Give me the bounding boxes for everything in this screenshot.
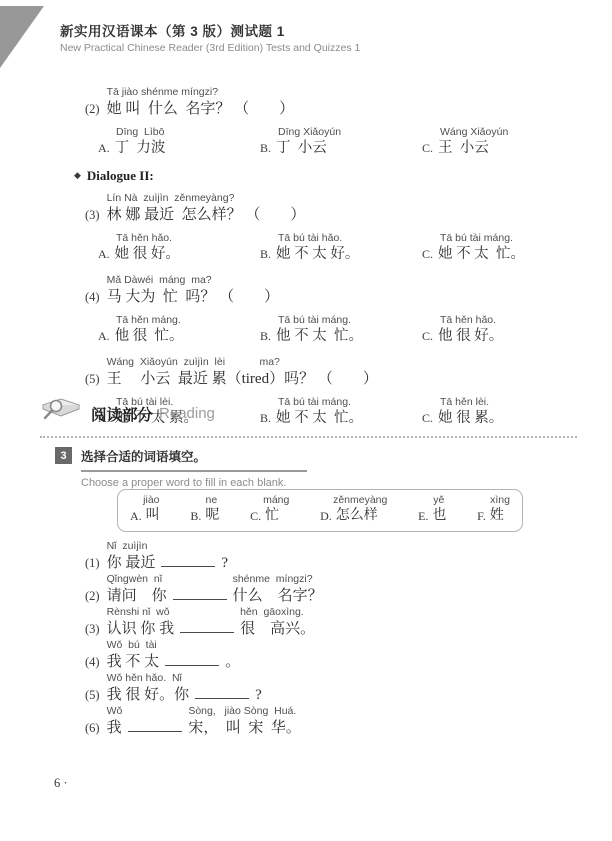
option-pinyin: Tā hěn hǎo. bbox=[440, 314, 584, 327]
fill-question-2: (2) Qǐngwèn nǐ请问 你 shénme míngzi?什么 名字？ bbox=[85, 573, 323, 606]
question-pinyin-after-blank: shénme míngzi? bbox=[233, 573, 323, 586]
option-hanzi: 他 不 太 忙。 bbox=[276, 327, 363, 346]
word-hanzi: 呢 bbox=[205, 507, 219, 525]
exercise-title-chinese: 选择合适的词语填空。 bbox=[81, 450, 206, 464]
option-b: Dīng Xiǎoyún B.丁 小云 bbox=[260, 126, 422, 158]
question-number: (2) bbox=[85, 586, 100, 606]
question-hanzi: 我 很 好。你 bbox=[107, 685, 190, 705]
word-label: B. bbox=[190, 507, 201, 525]
word-hanzi: 叫 bbox=[146, 507, 160, 525]
word-pinyin: máng bbox=[250, 494, 289, 507]
book-title-english: New Practical Chinese Reader (3rd Editio… bbox=[60, 42, 360, 54]
fill-question-4: (4) Wǒ bú tài我 不 太 。 bbox=[85, 639, 323, 672]
option-label: B. bbox=[260, 245, 271, 264]
question-number: (4) bbox=[85, 652, 100, 672]
option-label: C. bbox=[422, 139, 433, 158]
question-number: (3) bbox=[85, 205, 100, 225]
option-label: A. bbox=[98, 245, 110, 264]
answer-blank bbox=[180, 617, 234, 633]
option-label: A. bbox=[98, 327, 110, 346]
option-hanzi: 她 很 好。 bbox=[115, 245, 180, 264]
option-pinyin: Dīng Xiǎoyún bbox=[278, 126, 422, 139]
question-hanzi-after-blank: ? bbox=[221, 553, 228, 573]
fill-in-blank-questions: (1) Nǐ zuìjìn你 最近 ? (2) Qǐngwèn nǐ请问 你 s… bbox=[85, 540, 323, 738]
word-bank-item-e: yě E.也 bbox=[418, 494, 446, 525]
question-number: (2) bbox=[85, 99, 100, 119]
question-hanzi-after-blank: 宋， 叫 宋 华。 bbox=[188, 718, 301, 738]
question-hanzi-after-blank: 什么 名字？ bbox=[233, 586, 323, 606]
option-label: C. bbox=[422, 327, 433, 346]
word-label: C. bbox=[250, 507, 261, 525]
option-pinyin: Tā bú tài máng. bbox=[440, 232, 584, 245]
word-bank-item-f: xìng F.姓 bbox=[477, 494, 510, 525]
word-pinyin: yě bbox=[418, 494, 446, 507]
option-hanzi: 他 很 好。 bbox=[438, 327, 503, 346]
option-a: Tā hěn hǎo. A.她 很 好。 bbox=[98, 232, 260, 264]
word-bank-box: jiào A.叫 ne B.呢 máng C.忙 zěnmeyàng D.怎么样… bbox=[117, 489, 523, 532]
option-c: Wáng Xiǎoyún C.王 小云 bbox=[422, 126, 584, 158]
word-pinyin: ne bbox=[190, 494, 219, 507]
question-2: (2) Tā jiào shénme míngzi? 她 叫 什么 名字？ （ … bbox=[85, 86, 585, 158]
answer-blank bbox=[128, 716, 182, 732]
question-hanzi: 认识 你 我 bbox=[107, 619, 175, 639]
page-header: 新实用汉语课本（第 3 版）测试题 1 New Practical Chines… bbox=[60, 24, 360, 54]
exercise-number-badge: 3 bbox=[55, 447, 72, 464]
option-label: B. bbox=[260, 327, 271, 346]
question-pinyin: Wǒ bú tài bbox=[107, 639, 160, 652]
option-pinyin: Tā bú tài hǎo. bbox=[278, 232, 422, 245]
book-magnifier-icon bbox=[40, 396, 82, 431]
option-pinyin: Dīng Lìbō bbox=[116, 126, 260, 139]
exercise-title-english: Choose a proper word to fill in each bla… bbox=[81, 477, 307, 489]
question-hanzi: 王 小云 最近 累（tired）吗？ （ ） bbox=[107, 369, 378, 389]
question-number: (6) bbox=[85, 718, 100, 738]
word-bank-item-d: zěnmeyàng D.怎么样 bbox=[320, 494, 387, 525]
option-pinyin: Tā bú tài máng. bbox=[278, 314, 422, 327]
word-hanzi: 也 bbox=[432, 507, 446, 525]
option-pinyin: Tā hěn máng. bbox=[116, 314, 260, 327]
option-c: Tā bú tài máng. C.她 不 太 忙。 bbox=[422, 232, 584, 264]
option-hanzi: 她 不 太 忙。 bbox=[438, 245, 525, 264]
word-hanzi: 怎么样 bbox=[336, 507, 378, 525]
question-number: (4) bbox=[85, 287, 100, 307]
reading-title-english: Reading bbox=[159, 405, 215, 422]
question-hanzi: 我 不 太 bbox=[107, 652, 160, 672]
question-number: (3) bbox=[85, 619, 100, 639]
exercise-3-heading: 3 选择合适的词语填空。 Choose a proper word to fil… bbox=[55, 447, 307, 489]
word-label: A. bbox=[130, 507, 142, 525]
question-pinyin-after-blank: hěn gāoxìng. bbox=[240, 606, 315, 619]
question-pinyin: Wǒ hěn hǎo. Nǐ bbox=[107, 672, 190, 685]
question-hanzi: 你 最近 bbox=[107, 553, 156, 573]
question-pinyin: Qǐngwèn nǐ bbox=[107, 573, 167, 586]
option-hanzi: 丁 力波 bbox=[115, 139, 166, 158]
question-pinyin: Tā jiào shénme míngzi? bbox=[107, 86, 295, 99]
question-pinyin-after-blank bbox=[225, 639, 240, 652]
question-number: (5) bbox=[85, 685, 100, 705]
reading-section-banner: 阅读部分 Reading bbox=[40, 396, 577, 438]
answer-options: Tā hěn máng. A.他 很 忙。 Tā bú tài máng. B.… bbox=[98, 314, 585, 346]
question-pinyin: Rènshi nǐ wǒ bbox=[107, 606, 175, 619]
dialogue-2-label: Dialogue II: bbox=[87, 168, 154, 184]
fill-question-3: (3) Rènshi nǐ wǒ认识 你 我 hěn gāoxìng.很 高兴。 bbox=[85, 606, 323, 639]
question-pinyin: Mǎ Dàwéi máng ma? bbox=[107, 274, 280, 287]
answer-options: Dīng Lìbō A.丁 力波 Dīng Xiǎoyún B.丁 小云 Wán… bbox=[98, 126, 585, 158]
question-number: (5) bbox=[85, 369, 100, 389]
question-3: (3) Lín Nà zuìjìn zěnmeyàng? 林 娜 最近 怎么样？… bbox=[85, 192, 585, 264]
reading-title-chinese: 阅读部分 bbox=[91, 403, 153, 425]
dialogue-2-heading: ◆ Dialogue II: bbox=[74, 168, 585, 184]
option-pinyin: Tā hěn hǎo. bbox=[116, 232, 260, 245]
page-number: 6 · bbox=[54, 776, 68, 791]
word-bank-item-c: máng C.忙 bbox=[250, 494, 289, 525]
question-pinyin-after-blank: Sòng, jiào Sòng Huá. bbox=[188, 705, 301, 718]
word-label: E. bbox=[418, 507, 428, 525]
word-pinyin: zěnmeyàng bbox=[320, 494, 387, 507]
answer-blank bbox=[161, 551, 215, 567]
option-b: Tā bú tài hǎo. B.她 不 太 好。 bbox=[260, 232, 422, 264]
question-hanzi-after-blank: 。 bbox=[225, 652, 240, 672]
option-pinyin: Wáng Xiǎoyún bbox=[440, 126, 584, 139]
option-hanzi: 她 不 太 好。 bbox=[276, 245, 359, 264]
question-pinyin: Lín Nà zuìjìn zěnmeyàng? bbox=[107, 192, 306, 205]
diamond-bullet-icon: ◆ bbox=[74, 171, 81, 181]
word-bank-item-a: jiào A.叫 bbox=[130, 494, 160, 525]
fill-question-5: (5) Wǒ hěn hǎo. Nǐ我 很 好。你 ? bbox=[85, 672, 323, 705]
listening-questions-section: (2) Tā jiào shénme míngzi? 她 叫 什么 名字？ （ … bbox=[85, 86, 585, 438]
question-hanzi: 马 大为 忙 吗？ （ ） bbox=[107, 287, 280, 307]
option-label: C. bbox=[422, 245, 433, 264]
question-pinyin-after-blank bbox=[255, 672, 262, 685]
word-hanzi: 姓 bbox=[490, 507, 504, 525]
question-pinyin: Wáng Xiǎoyún zuìjìn lèi ma? bbox=[107, 356, 378, 369]
option-hanzi: 他 很 忙。 bbox=[115, 327, 184, 346]
word-hanzi: 忙 bbox=[265, 507, 279, 525]
question-hanzi-after-blank: 很 高兴。 bbox=[240, 619, 315, 639]
answer-options: Tā hěn hǎo. A.她 很 好。 Tā bú tài hǎo. B.她 … bbox=[98, 232, 585, 264]
option-label: A. bbox=[98, 139, 110, 158]
question-hanzi-after-blank: ? bbox=[255, 685, 262, 705]
word-label: F. bbox=[477, 507, 486, 525]
question-hanzi: 请问 你 bbox=[107, 586, 167, 606]
option-b: Tā bú tài máng. B.他 不 太 忙。 bbox=[260, 314, 422, 346]
question-hanzi: 她 叫 什么 名字？ （ ） bbox=[107, 99, 295, 119]
question-hanzi: 林 娜 最近 怎么样？ （ ） bbox=[107, 205, 306, 225]
question-hanzi: 我 bbox=[107, 718, 123, 738]
option-c: Tā hěn hǎo. C.他 很 好。 bbox=[422, 314, 584, 346]
question-pinyin-after-blank bbox=[221, 540, 228, 553]
book-title-chinese: 新实用汉语课本（第 3 版）测试题 1 bbox=[60, 24, 360, 40]
option-hanzi: 丁 小云 bbox=[276, 139, 327, 158]
word-pinyin: xìng bbox=[477, 494, 510, 507]
question-pinyin: Wǒ bbox=[107, 705, 123, 718]
corner-triangle-decoration bbox=[0, 6, 44, 68]
option-hanzi: 王 小云 bbox=[438, 139, 489, 158]
option-a: Dīng Lìbō A.丁 力波 bbox=[98, 126, 260, 158]
word-label: D. bbox=[320, 507, 332, 525]
answer-blank bbox=[195, 683, 249, 699]
dotted-divider bbox=[40, 436, 577, 438]
question-pinyin: Nǐ zuìjìn bbox=[107, 540, 156, 553]
answer-blank bbox=[173, 584, 227, 600]
fill-question-1: (1) Nǐ zuìjìn你 最近 ? bbox=[85, 540, 323, 573]
word-pinyin: jiào bbox=[130, 494, 160, 507]
option-label: B. bbox=[260, 139, 271, 158]
question-4: (4) Mǎ Dàwéi máng ma? 马 大为 忙 吗？ （ ） Tā h… bbox=[85, 274, 585, 346]
fill-question-6: (6) Wǒ我 Sòng, jiào Sòng Huá.宋， 叫 宋 华。 bbox=[85, 705, 323, 738]
question-number: (1) bbox=[85, 553, 100, 573]
answer-blank bbox=[165, 650, 219, 666]
word-bank-item-b: ne B.呢 bbox=[190, 494, 219, 525]
option-a: Tā hěn máng. A.他 很 忙。 bbox=[98, 314, 260, 346]
